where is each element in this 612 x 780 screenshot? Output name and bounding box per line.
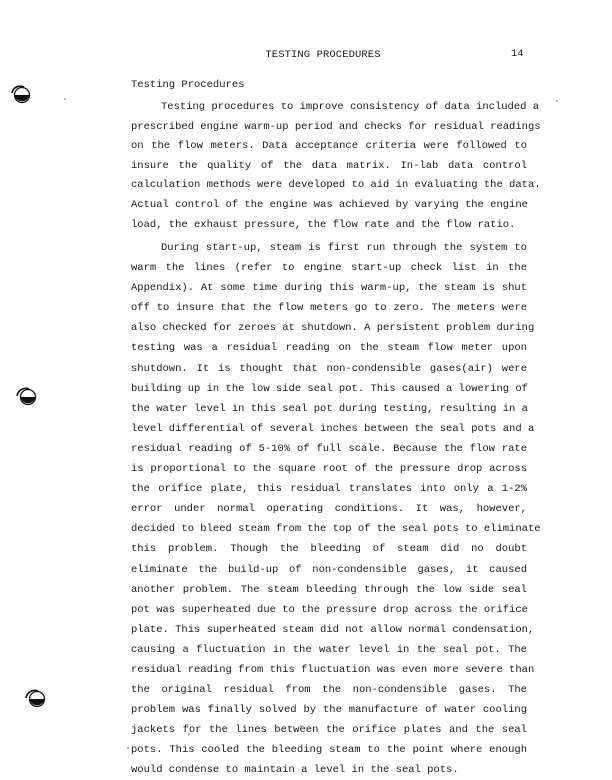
- scan-speck: [64, 98, 66, 100]
- text-line: Appendix). At some time during this warm…: [131, 278, 527, 298]
- text-line: residual reading of 5-10% of full scale.…: [131, 439, 527, 459]
- text-line: shutdown. It is thought that non-condens…: [131, 359, 527, 379]
- scan-speck: [300, 725, 302, 727]
- text-line: pot was superheated due to the pressure …: [131, 600, 527, 620]
- text-line: error under normal operating conditions.…: [131, 499, 527, 519]
- text-line: is proportional to the square root of th…: [131, 459, 527, 479]
- text-line: the original residual from the non-conde…: [131, 680, 527, 700]
- document-page: TESTING PROCEDURES 14 Testing Procedures…: [0, 0, 612, 780]
- text-line: the orifice plate, this residual transla…: [131, 479, 527, 499]
- text-line: level differential of several inches bet…: [131, 419, 527, 439]
- text-line: decided to bleed steam from the top of t…: [131, 519, 527, 539]
- punch-hole-icon: [10, 84, 32, 104]
- text-line: warm the lines (refer to engine start-up…: [131, 258, 527, 278]
- text-line: calculation methods were developed to ai…: [131, 176, 527, 196]
- text-line: eliminate the build-up of non-condensibl…: [131, 560, 527, 580]
- paragraph-1: Testing procedures to improve consistenc…: [131, 98, 527, 235]
- text-line: the water level in this seal pot during …: [131, 399, 527, 419]
- text-line: Testing procedures to improve consistenc…: [131, 98, 527, 118]
- scan-speck: [127, 747, 129, 749]
- text-line: insure the quality of the data matrix. I…: [131, 157, 527, 177]
- text-line: on the flow meters. Data acceptance crit…: [131, 137, 527, 157]
- scan-speck: [188, 733, 190, 735]
- text-line: would condense to maintain a level in th…: [131, 760, 527, 780]
- punch-hole-icon: [24, 688, 46, 708]
- text-line: jackets for the lines between the orific…: [131, 720, 527, 740]
- punch-hole-icon: [15, 386, 37, 406]
- text-line: causing a fluctuation in the water level…: [131, 640, 527, 660]
- section-heading: Testing Procedures: [131, 79, 244, 91]
- text-line: testing was a residual reading on the st…: [131, 338, 527, 358]
- text-line: load, the exhaust pressure, the flow rat…: [131, 216, 527, 236]
- page-number: 14: [511, 48, 524, 60]
- text-line: prescribed engine warm-up period and che…: [131, 118, 527, 138]
- text-line: off to insure that the flow meters go to…: [131, 298, 527, 318]
- text-line: this problem. Though the bleeding of ste…: [131, 539, 527, 559]
- text-line: pots. This cooled the bleeding steam to …: [131, 740, 527, 760]
- text-line: Actual control of the engine was achieve…: [131, 196, 527, 216]
- text-line: also checked for zeroes at shutdown. A p…: [131, 318, 527, 338]
- text-line: building up in the low side seal pot. Th…: [131, 379, 527, 399]
- scan-speck: [556, 100, 558, 102]
- paragraph-2: During start-up, steam is first run thro…: [131, 238, 527, 780]
- text-line: another problem. The steam bleeding thro…: [131, 580, 527, 600]
- text-line: plate. This superheated steam did not al…: [131, 620, 527, 640]
- text-line: During start-up, steam is first run thro…: [131, 238, 527, 258]
- text-line: problem was finally solved by the manufa…: [131, 700, 527, 720]
- text-line: residual reading from this fluctuation w…: [131, 660, 527, 680]
- scan-speck: [480, 747, 482, 749]
